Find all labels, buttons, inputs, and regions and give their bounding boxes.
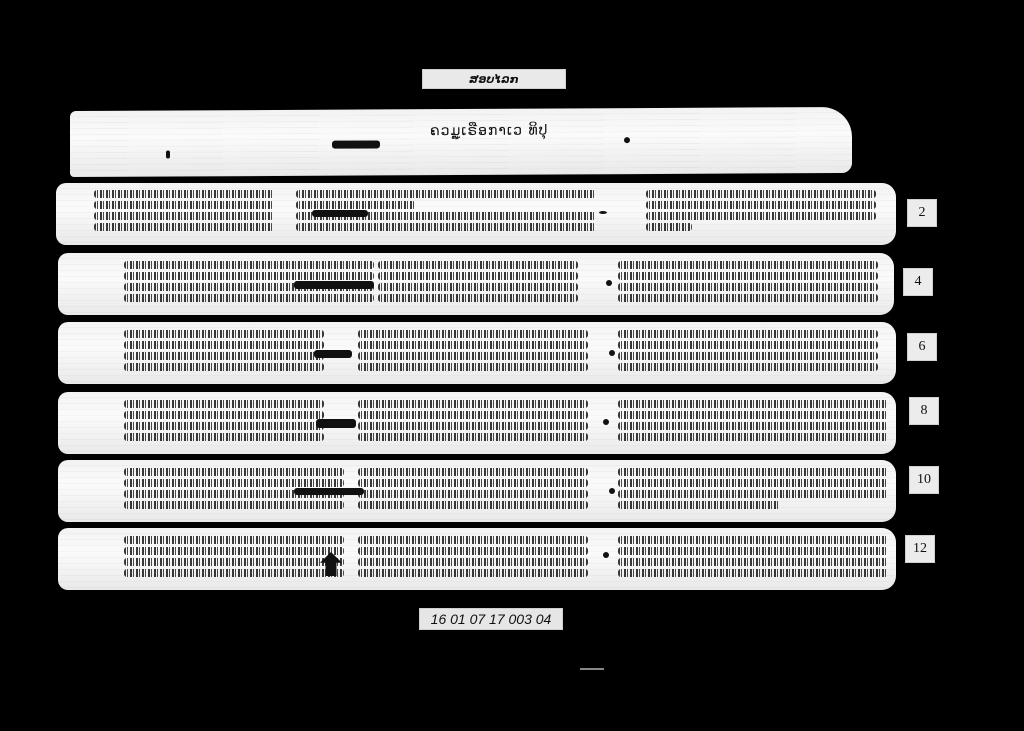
leaf-text-middle (358, 465, 588, 509)
palm-leaf-4 (58, 392, 896, 454)
palm-leaf-3 (58, 322, 896, 384)
string-hole-left (332, 140, 380, 148)
leaf-text-right (646, 187, 876, 231)
scan-mark (580, 668, 604, 670)
string-hole-right (599, 211, 607, 214)
leaf-text-left (94, 187, 274, 231)
string-hole-left (314, 350, 352, 358)
string-hole-right (609, 350, 615, 356)
leaf-text-right (618, 327, 878, 371)
manuscript-title-label: ສອບໄລກ (422, 69, 566, 89)
leaf-text-left (124, 465, 344, 509)
cover-leaf: ຄວມຼູເຣືອກາເວ ທິປຸ (70, 107, 852, 177)
page-tag-8: 8 (909, 397, 939, 425)
page-tag-12: 12 (905, 535, 935, 563)
leaf-text-right (618, 258, 878, 302)
leaf-text-right (618, 397, 888, 441)
leaf-text-left (124, 397, 324, 441)
string-hole-left (294, 281, 374, 289)
string-hole-right (603, 419, 609, 425)
leaf-text-middle (378, 258, 578, 302)
leaf-text-middle (296, 187, 596, 231)
page-tag-6: 6 (907, 333, 937, 361)
leaf-text-right (618, 533, 888, 577)
string-hole-left (316, 419, 356, 428)
leaf-text-right (618, 465, 888, 509)
cover-inscription: ຄວມຼູເຣືອກາເວ ທິປຸ (430, 123, 548, 140)
palm-leaf-2 (58, 253, 894, 315)
string-hole-right (603, 552, 609, 558)
leaf-text-left (124, 327, 324, 371)
string-hole-left (312, 210, 368, 217)
leaf-text-middle (358, 397, 588, 441)
catalog-code-label: 16 01 07 17 003 04 (419, 608, 563, 630)
palm-leaf-6 (58, 528, 896, 590)
string-hole-right (624, 137, 630, 143)
leaf-text-middle (358, 533, 588, 577)
page-tag-4: 4 (903, 268, 933, 296)
string-hole-right (609, 488, 615, 494)
string-hole-left (294, 488, 364, 495)
leaf-text-left (124, 533, 344, 577)
page-tag-10: 10 (909, 466, 939, 494)
palm-leaf-1 (56, 183, 896, 245)
string-hole-right (606, 280, 612, 286)
leaf-text-left (124, 258, 374, 302)
mark-dot (166, 151, 170, 159)
leaf-text-middle (358, 327, 588, 371)
palm-leaf-5 (58, 460, 896, 522)
page-tag-2: 2 (907, 199, 937, 227)
